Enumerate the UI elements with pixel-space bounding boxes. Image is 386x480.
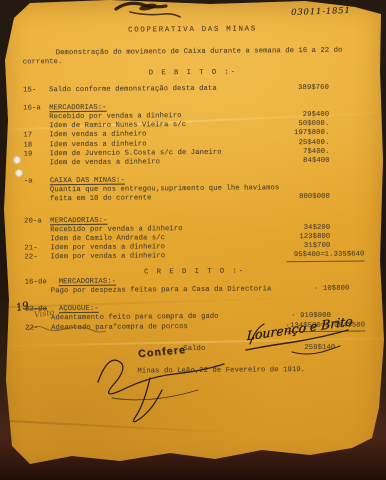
- row-number: 16-a: [23, 104, 49, 113]
- row-number: -a: [24, 177, 50, 186]
- document-title: COOPERATIVA DAS MINAS: [22, 25, 362, 36]
- row-value: [252, 180, 364, 181]
- ledger-row: Pago por despezas feitas para a Casa da …: [25, 285, 365, 297]
- row-number: 22-: [25, 324, 51, 333]
- row-number: 17: [23, 132, 49, 141]
- row-value: [251, 106, 363, 107]
- punch-hole: [15, 169, 23, 177]
- row-value: · 10$800: [271, 284, 383, 294]
- balance-row: Saldo 259$140: [25, 343, 365, 355]
- handwritten-correction: 19: [15, 301, 30, 313]
- row-label: Pago por despezas feitas para a Casa da …: [51, 285, 272, 296]
- row-label: Idem de vendas a dinheiro: [50, 157, 252, 168]
- row-label: feita em 10 do corrente: [50, 194, 252, 205]
- scanned-ledger-photo: { "corner_number": "03011-1851", "header…: [0, 0, 386, 480]
- row-number: 18: [23, 141, 49, 150]
- debit-section-heading: D E B I T O :-: [23, 68, 363, 80]
- row-number: 16-de: [25, 278, 59, 287]
- ledger-row: feita em 10 do corrente 800$000: [24, 193, 364, 205]
- row-number: 22-: [24, 254, 50, 263]
- balance-label: Saldo: [183, 345, 205, 354]
- handwritten-corner-number: 03011-1851: [291, 6, 351, 18]
- row-value: 84$400: [252, 156, 364, 166]
- punch-hole: [13, 156, 21, 164]
- row-number: 19: [24, 150, 50, 159]
- row-label: AÇOUGUE:-: [59, 304, 253, 315]
- row-value: [252, 219, 364, 220]
- ledger-row: 15- Saldo conforme demonstração desta da…: [23, 83, 363, 95]
- row-value: 800$000: [252, 193, 364, 203]
- row-value: 95$400=1.335$640: [286, 251, 364, 262]
- row-value: [253, 308, 365, 309]
- ledger-row-debit-total: 22- Idem por vendas a dinheiro 95$400=1.…: [24, 251, 364, 263]
- row-value: 389$760: [251, 83, 363, 93]
- balance-value: 259$140: [205, 343, 365, 354]
- ledger-row: Idem de vendas a dinheiro 84$400: [24, 156, 364, 168]
- row-label: Saldo conforme demonstração desta data: [49, 84, 251, 95]
- row-number: 20-a: [24, 217, 50, 226]
- row-number: 15-: [23, 86, 49, 95]
- paper-crease: [0, 419, 386, 442]
- row-label: Idem por vendas a dinheiro: [50, 252, 286, 263]
- row-value: [253, 280, 365, 281]
